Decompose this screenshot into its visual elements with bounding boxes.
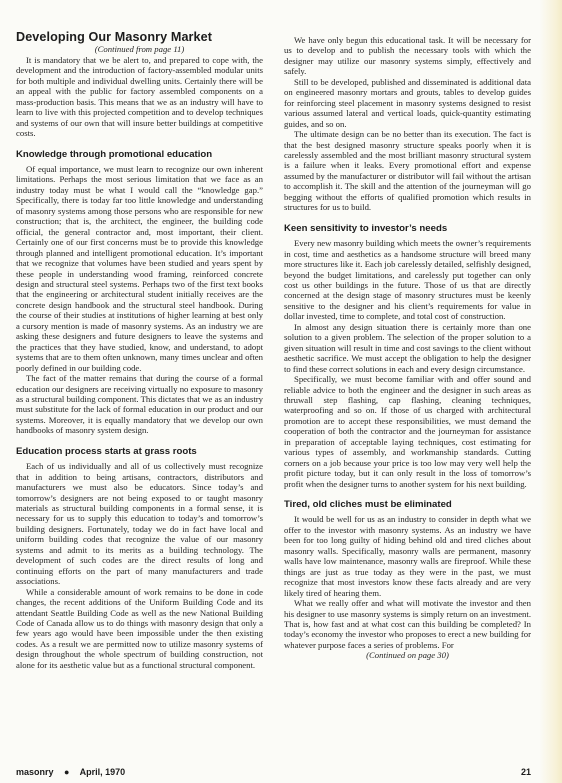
paragraph: The fact of the matter remains that duri…: [16, 373, 263, 436]
section-heading-investor: Keen sensitivity to investor’s needs: [284, 224, 531, 234]
paragraph: It would be well for us as an industry t…: [284, 514, 531, 598]
section-heading-cliches: Tired, old cliches must be eliminated: [284, 500, 531, 510]
paragraph: Still to be developed, published and dis…: [284, 77, 531, 129]
paragraph: What we really offer and what will motiv…: [284, 598, 531, 650]
magazine-page: Developing Our Masonry Market (Continued…: [16, 32, 531, 777]
paragraph: Of equal importance, we must learn to re…: [16, 164, 263, 373]
page-number: 21: [521, 767, 531, 777]
right-column: We have only begun this educational task…: [284, 35, 531, 670]
paragraph: Every new masonry building which meets t…: [284, 238, 531, 322]
paragraph: We have only begun this educational task…: [284, 35, 531, 77]
bullet-icon: ●: [64, 767, 69, 777]
section-heading-knowledge: Knowledge through promotional education: [16, 150, 263, 160]
paragraph: The ultimate design can be no better tha…: [284, 129, 531, 213]
section-heading-education: Education process starts at grass roots: [16, 447, 263, 457]
continued-from-note: (Continued from page 11): [16, 44, 263, 54]
paragraph: Specifically, we must become familiar wi…: [284, 374, 531, 489]
footer-publication: masonry ● April, 1970: [16, 767, 125, 777]
continued-on-note: (Continued on page 30): [284, 650, 531, 660]
paragraph: While a considerable amount of work rema…: [16, 587, 263, 671]
paragraph: Each of us individually and all of us co…: [16, 461, 263, 586]
issue-date: April, 1970: [80, 767, 126, 777]
paragraph: In almost any design situation there is …: [284, 322, 531, 374]
left-column: Developing Our Masonry Market (Continued…: [16, 32, 263, 670]
magazine-name: masonry: [16, 767, 54, 777]
article-title: Developing Our Masonry Market: [16, 32, 263, 42]
intro-paragraph: It is mandatory that we be alert to, and…: [16, 55, 263, 139]
